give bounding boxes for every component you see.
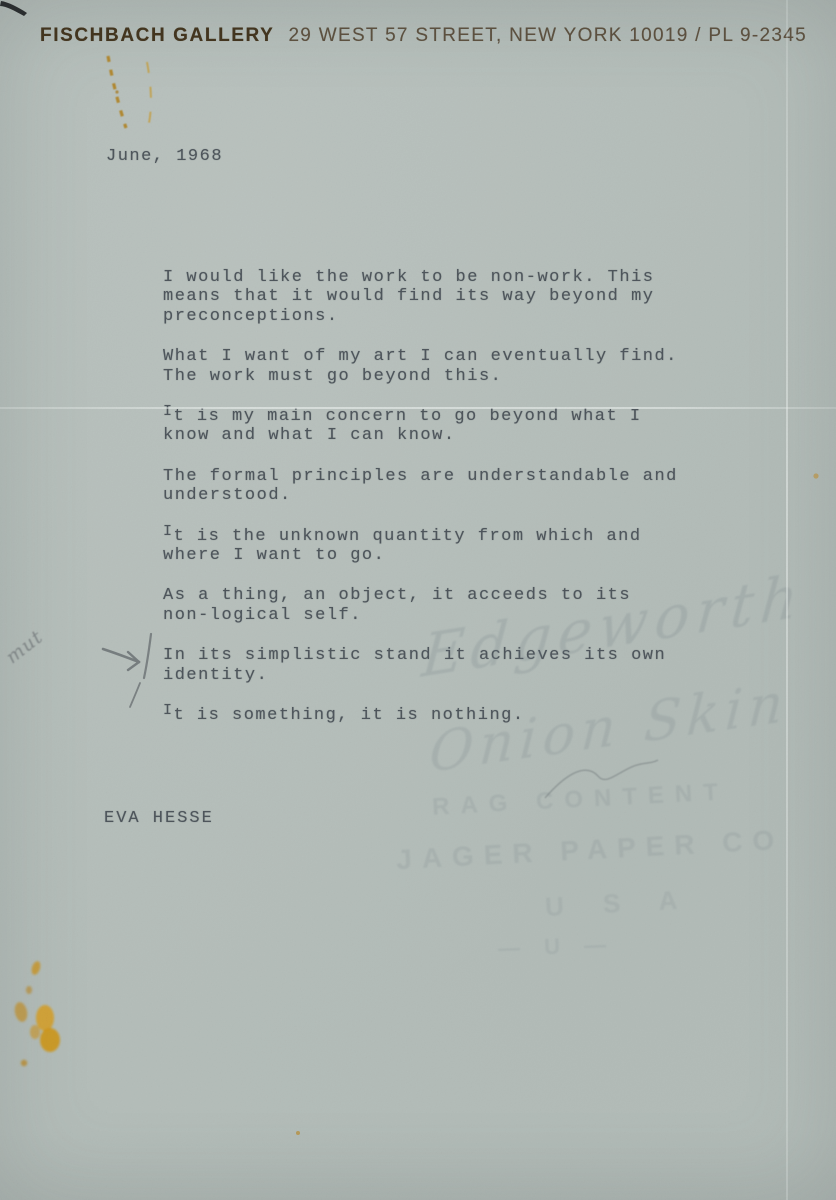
letter-paragraph: It is my main concern to go beyond what … (163, 407, 723, 446)
letter-date: June, 1968 (106, 147, 223, 166)
gallery-address: 29 WEST 57 STREET, NEW YORK 10019 / PL 9… (288, 25, 807, 46)
raised-typewriter-capital: I (163, 523, 174, 540)
letter-paragraph: It is the unknown quantity from which an… (163, 527, 723, 566)
orange-speck (813, 473, 818, 478)
gallery-name: FISCHBACH GALLERY (40, 25, 274, 46)
signature: EVA HESSE (104, 809, 214, 828)
raised-typewriter-capital: I (163, 702, 174, 719)
raised-typewriter-capital: I (163, 403, 174, 420)
orange-drip-stain (108, 56, 151, 128)
corner-pen-mark (0, 1, 27, 16)
pencil-margin-note: mut (2, 626, 48, 669)
pencil-arrow-icon (103, 649, 139, 670)
letter-paragraph: What I want of my art I can eventually f… (163, 347, 723, 386)
watermark-rag-content: RAG CONTENT (431, 778, 729, 822)
letterhead: FISCHBACH GALLERY29 WEST 57 STREET, NEW … (40, 26, 820, 46)
vertical-fold-crease (786, 0, 788, 1200)
letter-paragraph: I would like the work to be non-work. Th… (163, 268, 723, 326)
scanned-letter-page: FISCHBACH GALLERY29 WEST 57 STREET, NEW … (0, 0, 836, 1200)
watermark-paper-co: JAGER PAPER CO (395, 824, 785, 876)
horizontal-fold-crease (0, 407, 836, 409)
watermark-usa: U S A (544, 884, 694, 923)
watermark-union-mark: — U — (498, 932, 616, 962)
orange-speck (296, 1131, 300, 1135)
letter-paragraph: The formal principles are understandable… (163, 467, 723, 506)
pencil-margin-strokes (130, 634, 151, 707)
orange-stain-cluster (13, 960, 60, 1066)
